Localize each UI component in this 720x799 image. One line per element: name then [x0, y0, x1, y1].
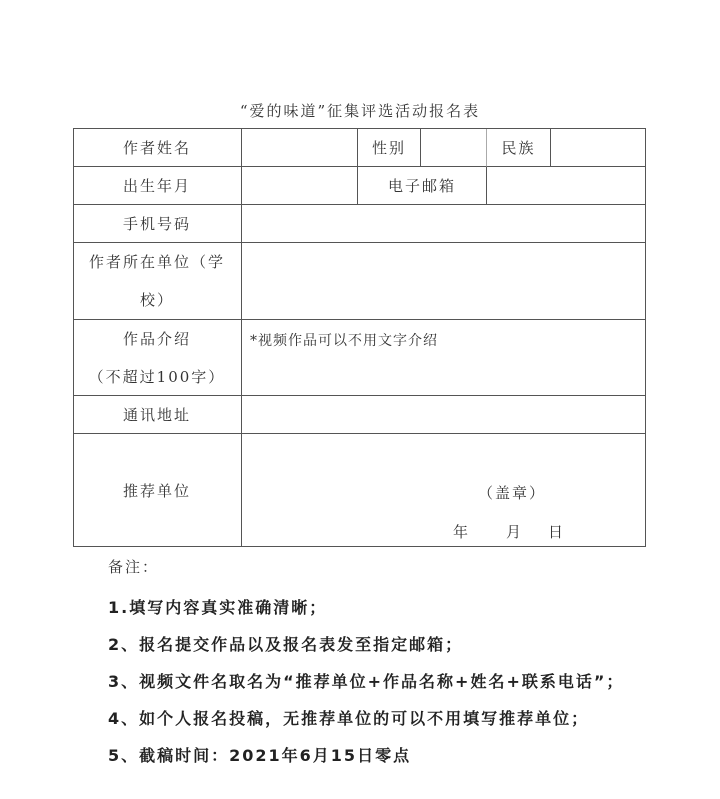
address-field[interactable]: [242, 396, 646, 434]
date-day: 日: [548, 521, 565, 542]
ethnicity-field[interactable]: [551, 128, 646, 167]
date-year: 年: [453, 521, 470, 542]
org-label-line2: 校）: [140, 281, 174, 319]
email-field[interactable]: [487, 167, 646, 205]
org-label-line1: 作者所在单位（学: [89, 243, 225, 281]
author-name-field[interactable]: [242, 128, 358, 167]
intro-label-line1: 作品介绍: [123, 320, 191, 358]
note-item-2: 2、报名提交作品以及报名表发至指定邮箱；: [108, 626, 624, 663]
form-title: “爱的味道”征集评选活动报名表: [0, 100, 720, 121]
phone-field[interactable]: [242, 205, 646, 243]
intro-label-line2: （不超过100字）: [89, 358, 226, 396]
gender-label: 性别: [358, 128, 421, 167]
birth-field[interactable]: [242, 167, 358, 205]
intro-label: 作品介绍 （不超过100字）: [73, 320, 242, 396]
ethnicity-label: 民族: [487, 128, 551, 167]
note-item-4: 4、如个人报名投稿，无推荐单位的可以不用填写推荐单位；: [108, 700, 624, 737]
registration-form-table: 作者姓名 性别 民族 出生年月 电子邮箱 手机号码 作者所在单位（学 校） 作品…: [73, 128, 646, 547]
note-item-5: 5、截稿时间：2021年6月15日零点: [108, 737, 624, 774]
email-label: 电子邮箱: [358, 167, 487, 205]
intro-field[interactable]: *视频作品可以不用文字介绍: [242, 320, 646, 396]
birth-label: 出生年月: [73, 167, 242, 205]
phone-label: 手机号码: [73, 205, 242, 243]
note-item-1: 1.填写内容真实准确清晰；: [108, 589, 624, 626]
seal-text: （盖章）: [478, 482, 546, 503]
org-field[interactable]: [242, 243, 646, 320]
address-label: 通讯地址: [73, 396, 242, 434]
author-name-label: 作者姓名: [73, 128, 242, 167]
recommender-label: 推荐单位: [73, 434, 242, 547]
recommender-field[interactable]: （盖章） 年 月 日: [242, 434, 646, 547]
intro-hint: *视频作品可以不用文字介绍: [250, 330, 438, 350]
notes-heading: 备注：: [108, 556, 624, 577]
notes-section: 备注： 1.填写内容真实准确清晰； 2、报名提交作品以及报名表发至指定邮箱； 3…: [108, 556, 624, 774]
org-label: 作者所在单位（学 校）: [73, 243, 242, 320]
note-item-3: 3、视频文件名取名为“推荐单位+作品名称+姓名+联系电话”；: [108, 663, 624, 700]
date-month: 月: [506, 521, 523, 542]
gender-field[interactable]: [421, 128, 487, 167]
